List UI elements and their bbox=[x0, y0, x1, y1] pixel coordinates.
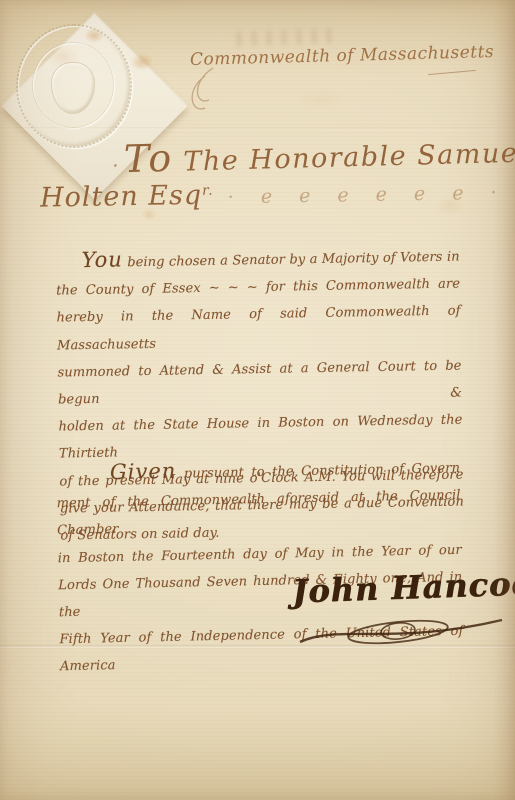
document-scan: Commonwealth of Massachusetts ·To The Ho… bbox=[0, 0, 515, 800]
scan-vignette bbox=[0, 0, 515, 800]
